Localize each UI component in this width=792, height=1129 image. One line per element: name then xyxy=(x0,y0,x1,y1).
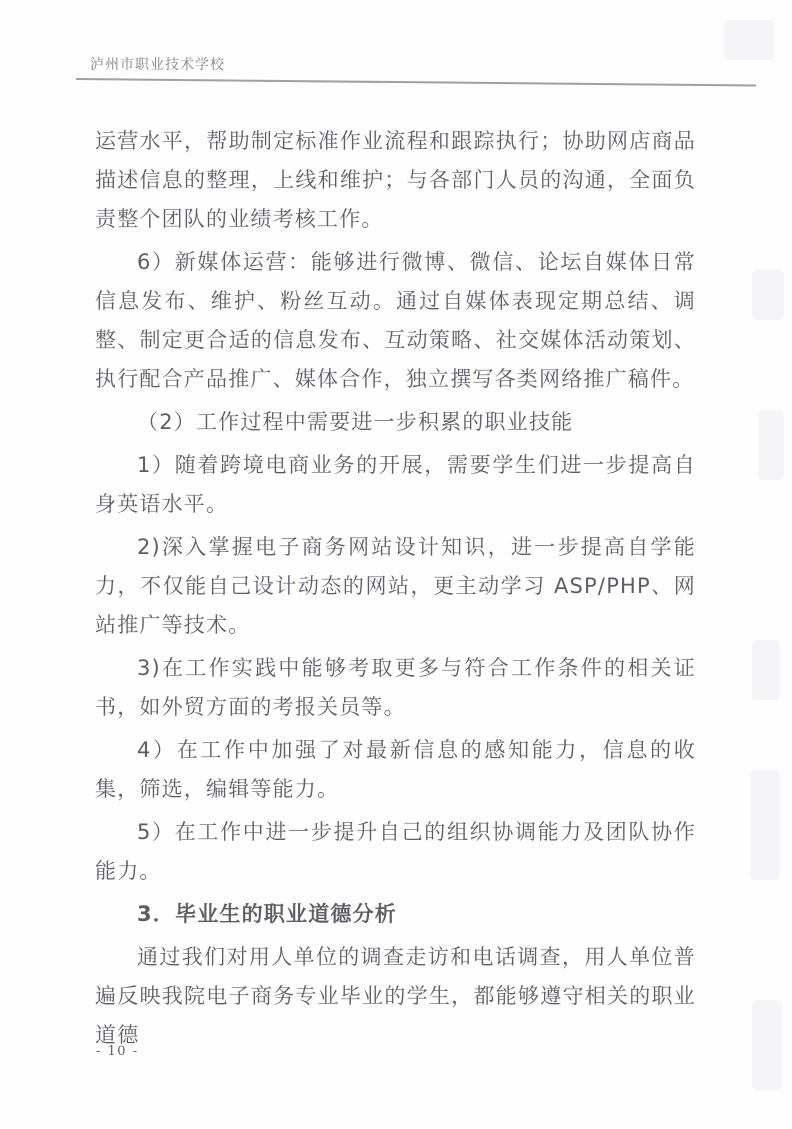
paragraph-section-2-heading: （2）工作过程中需要进一步积累的职业技能 xyxy=(95,403,696,442)
scan-artifact xyxy=(750,770,780,880)
paragraph-item-2: 2)深入掌握电子商务网站设计知识，进一步提高自学能力，不仅能自己设计动态的网站，… xyxy=(95,528,696,645)
paragraph-item-1: 1）随着跨境电商业务的开展，需要学生们进一步提高自身英语水平。 xyxy=(95,446,696,524)
paragraph-item-3: 3)在工作实践中能够考取更多与符合工作条件的相关证书，如外贸方面的考报关员等。 xyxy=(95,649,696,727)
document-body: 运营水平，帮助制定标准作业流程和跟踪执行；协助网店商品描述信息的整理，上线和维护… xyxy=(95,122,696,1059)
paragraph-item-5: 5）在工作中进一步提升自己的组织协调能力及团队协作能力。 xyxy=(95,813,696,891)
scan-artifact xyxy=(758,410,784,480)
scan-artifact xyxy=(724,20,774,60)
header-rule xyxy=(76,78,756,86)
paragraph-item-4: 4）在工作中加强了对最新信息的感知能力，信息的收集，筛选，编辑等能力。 xyxy=(95,731,696,809)
scan-artifact xyxy=(752,1000,782,1090)
document-page: 泸州市职业技术学校 运营水平，帮助制定标准作业流程和跟踪执行；协助网店商品描述信… xyxy=(0,0,792,1129)
paragraph-survey: 通过我们对用人单位的调查走访和电话调查，用人单位普遍反映我院电子商务专业毕业的学… xyxy=(95,938,696,1055)
section-heading-3: 3．毕业生的职业道德分析 xyxy=(95,895,696,934)
scan-artifact xyxy=(752,640,780,700)
paragraph-continuation: 运营水平，帮助制定标准作业流程和跟踪执行；协助网店商品描述信息的整理，上线和维护… xyxy=(95,122,696,239)
scan-artifact xyxy=(752,270,784,320)
page-footer: - 10 - xyxy=(96,1044,139,1059)
page-number: - 10 - xyxy=(96,1044,139,1059)
paragraph-item-6-new-media: 6）新媒体运营：能够进行微博、微信、论坛自媒体日常信息发布、维护、粉丝互动。通过… xyxy=(95,243,696,399)
header-school-name: 泸州市职业技术学校 xyxy=(90,54,225,74)
